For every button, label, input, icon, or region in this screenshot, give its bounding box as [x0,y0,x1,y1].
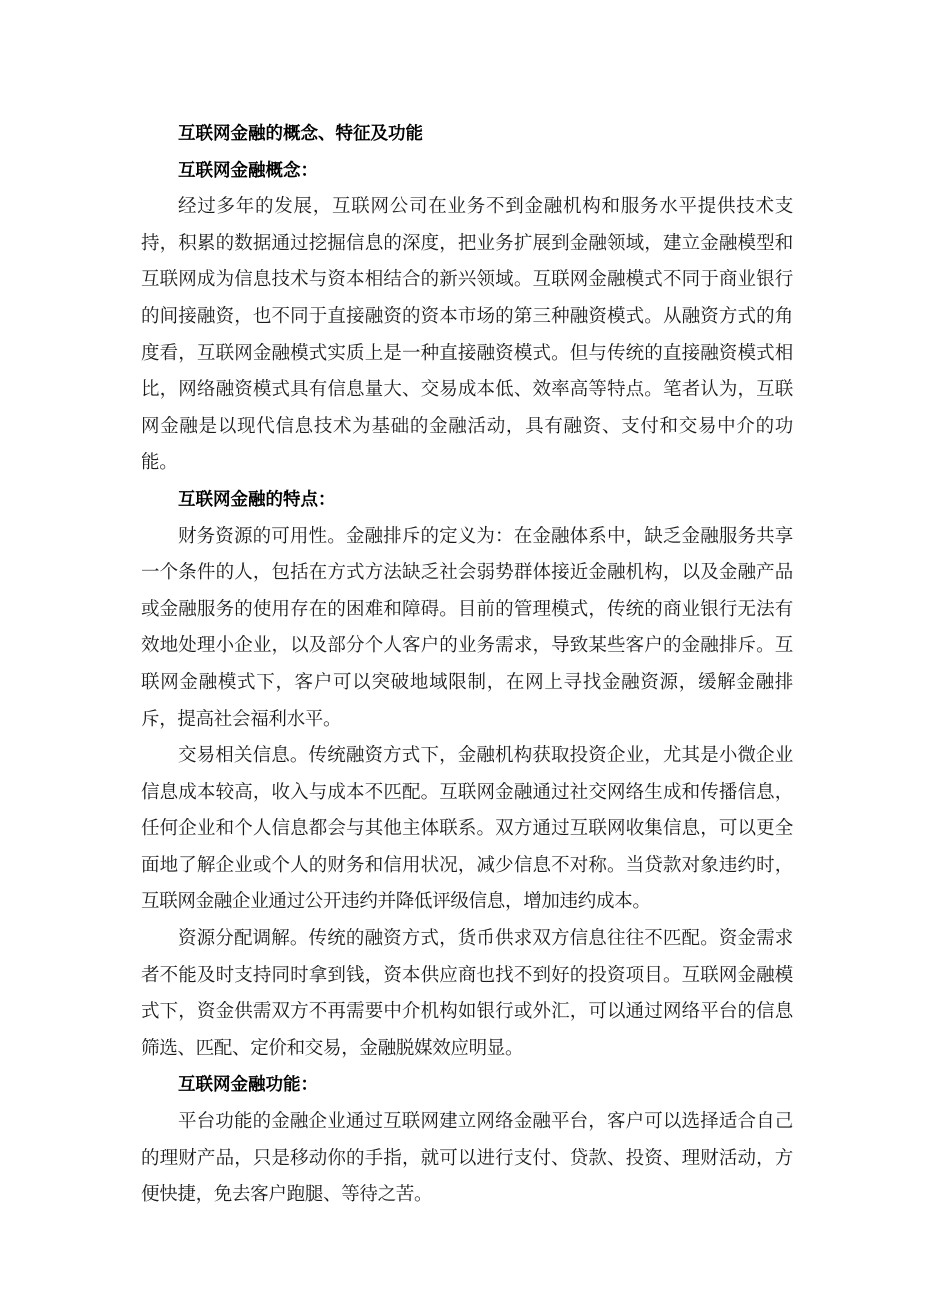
document-title: 互联网金融的概念、特征及功能 [141,116,793,153]
section-heading-functions: 互联网金融功能： [141,1067,793,1104]
paragraph-platform-function: 平台功能的金融企业通过互联网建立网络金融平台，客户可以选择适合自己的理财产品，只… [141,1104,793,1214]
section-heading-concept: 互联网金融概念： [141,153,793,190]
paragraph-concept: 经过多年的发展，互联网公司在业务不到金融机构和服务水平提供技术支持，积累的数据通… [141,189,793,482]
paragraph-financial-resources: 财务资源的可用性。金融排斥的定义为：在金融体系中，缺乏金融服务共享一个条件的人，… [141,519,793,739]
paragraph-transaction-info: 交易相关信息。传统融资方式下，金融机构获取投资企业，尤其是小微企业信息成本较高，… [141,738,793,921]
paragraph-resource-allocation: 资源分配调解。传统的融资方式，货币供求双方信息往往不匹配。资金需求者不能及时支持… [141,921,793,1067]
document-page: 互联网金融的概念、特征及功能 互联网金融概念： 经过多年的发展，互联网公司在业务… [141,116,793,1214]
section-heading-features: 互联网金融的特点： [141,482,793,519]
